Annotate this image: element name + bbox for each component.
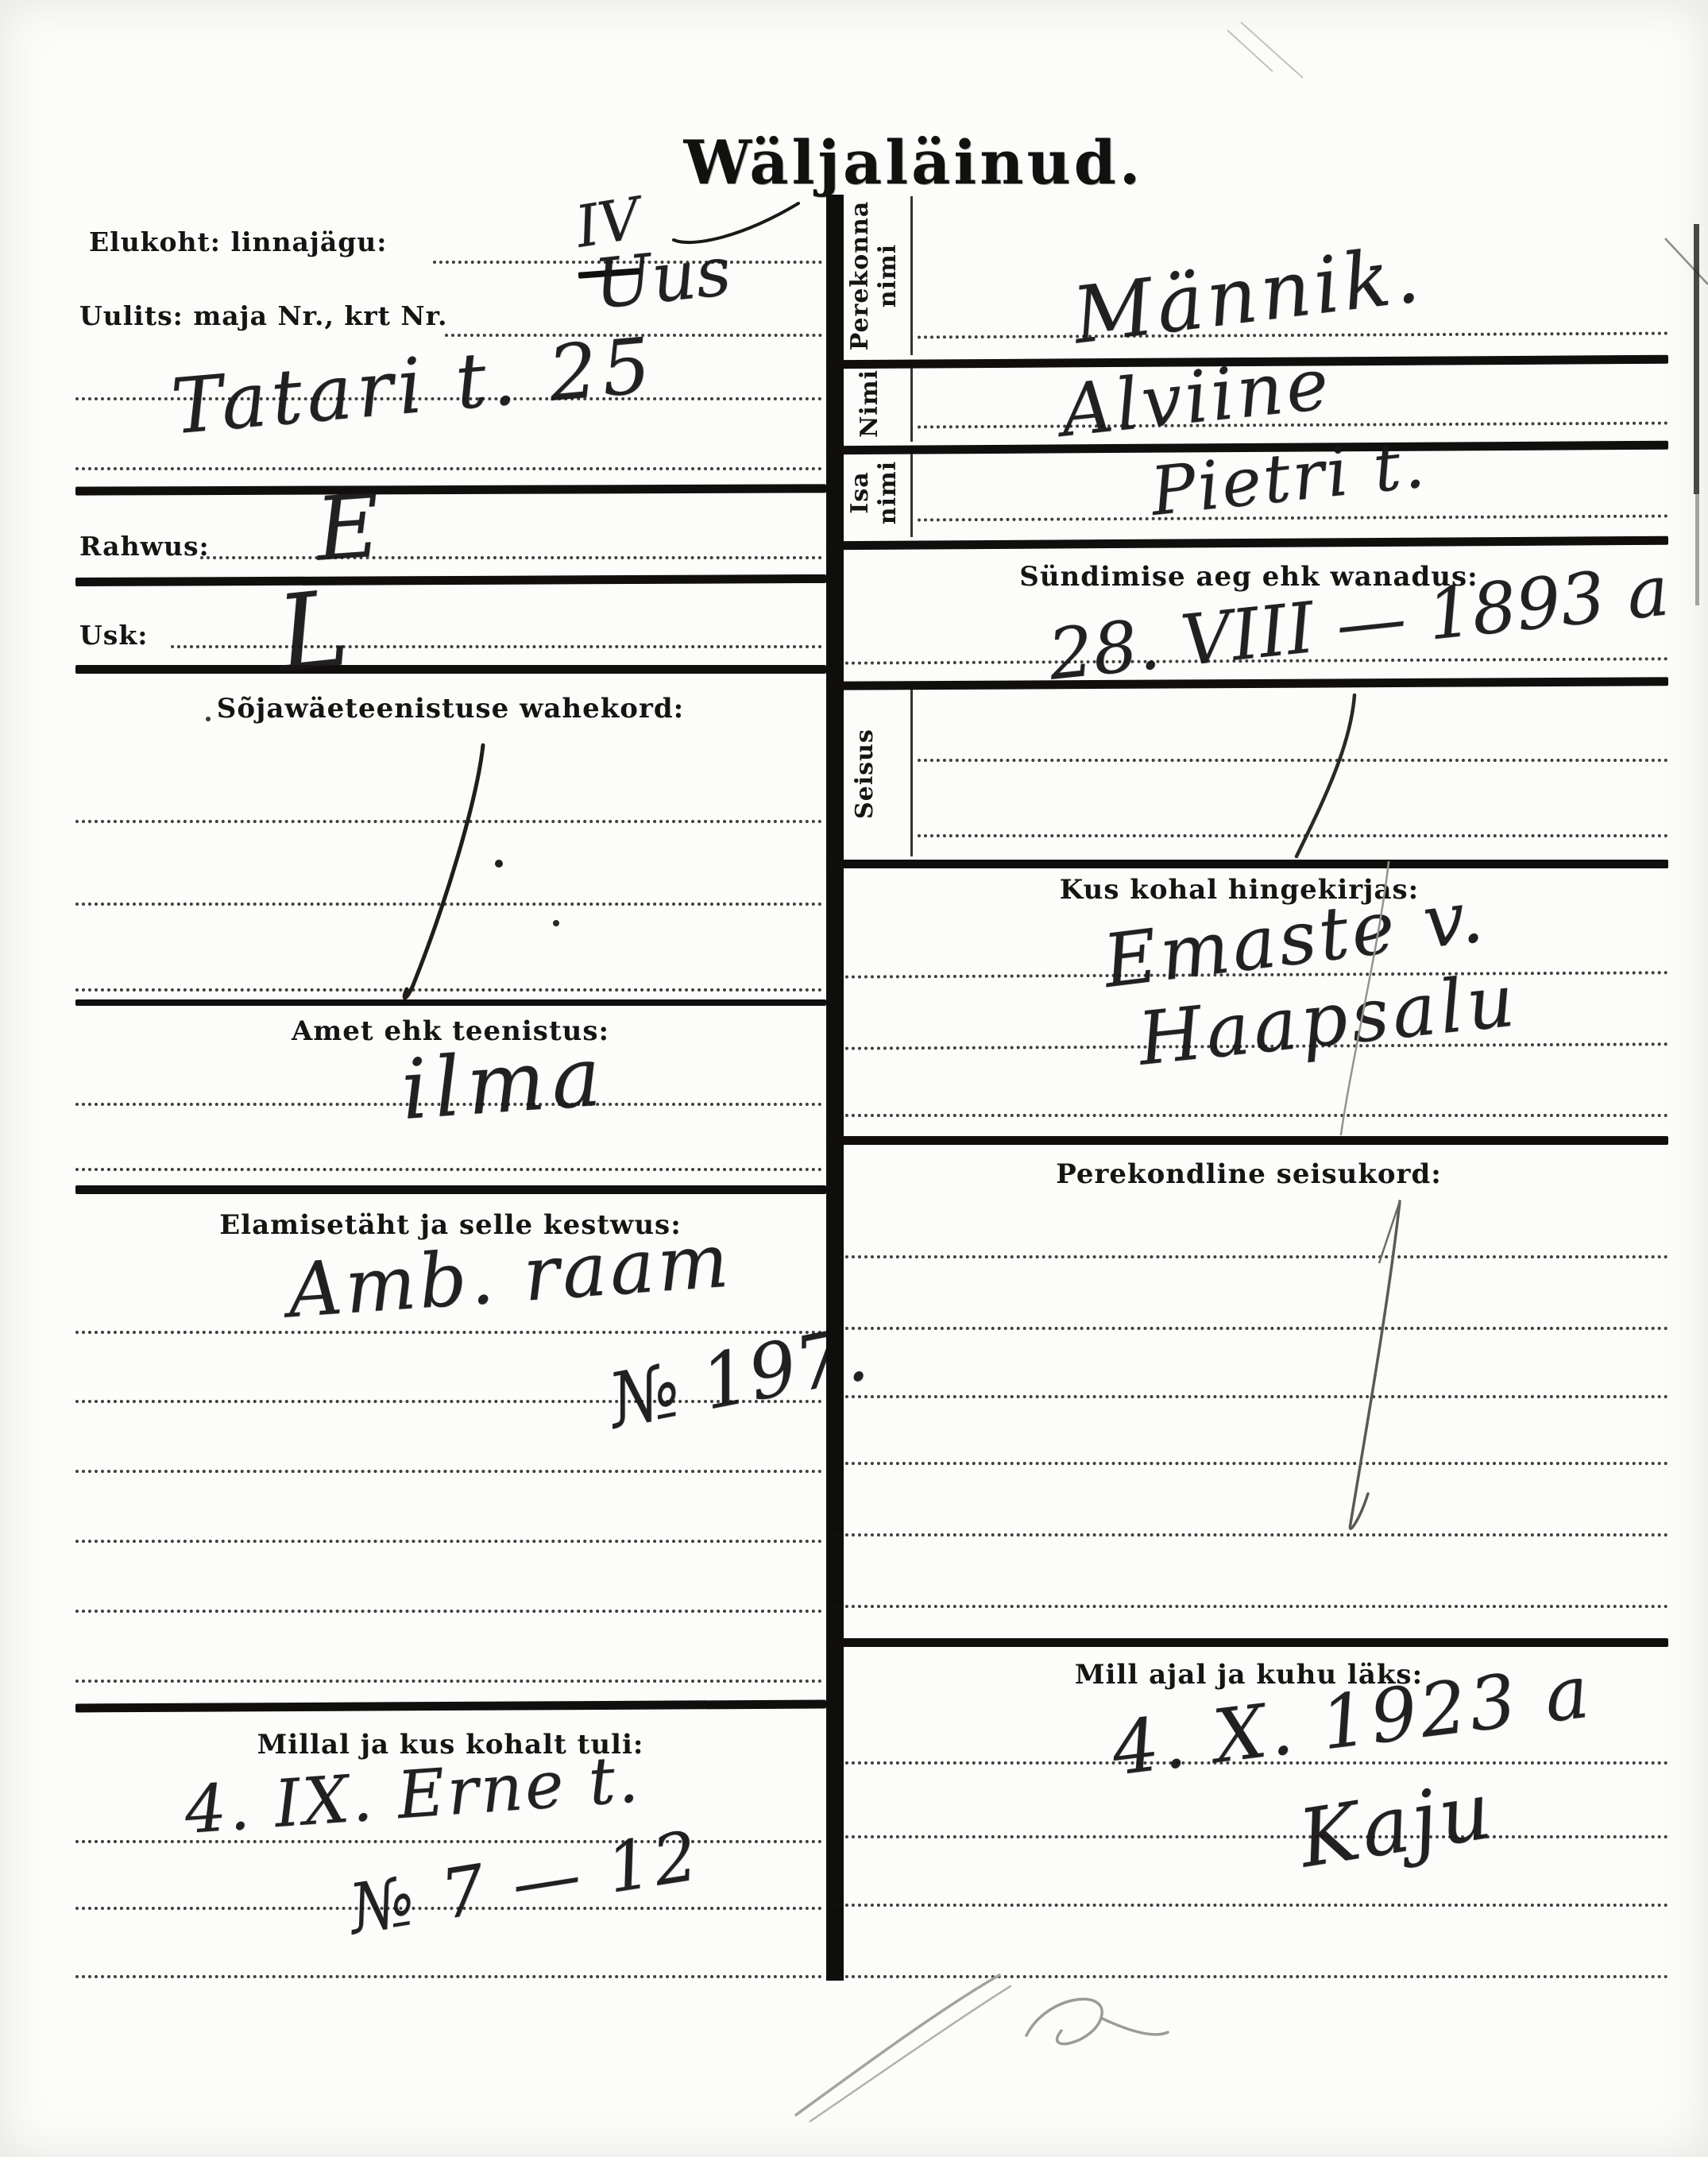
- ink-speck-1: [495, 860, 503, 868]
- ink-speck-2: [553, 920, 559, 926]
- scan-edge-artifact-2: [1695, 494, 1699, 605]
- pencil-scribble-stroke-1: [796, 1975, 999, 2115]
- status-slash-mark: [1296, 695, 1354, 856]
- scan-scratch-lines: [1227, 22, 1303, 78]
- stroke-overlay: [0, 0, 1708, 2157]
- scanned-form-page: Wäljaläinud. Elukoht: linnajägu: Uulits:…: [0, 0, 1708, 2157]
- scan-crease-line: [1665, 238, 1708, 284]
- ink-speck-3: [206, 717, 211, 721]
- scan-edge-artifact: [1694, 224, 1699, 494]
- title-swash: [674, 203, 798, 242]
- family-status-slash-mark: [1350, 1201, 1400, 1529]
- military-slash-mark: [404, 745, 483, 998]
- registered-pencil-stroke: [1341, 862, 1389, 1135]
- pencil-scribble-loop: [1026, 1999, 1168, 2043]
- pencil-scribble-stroke-2: [810, 1986, 1011, 2121]
